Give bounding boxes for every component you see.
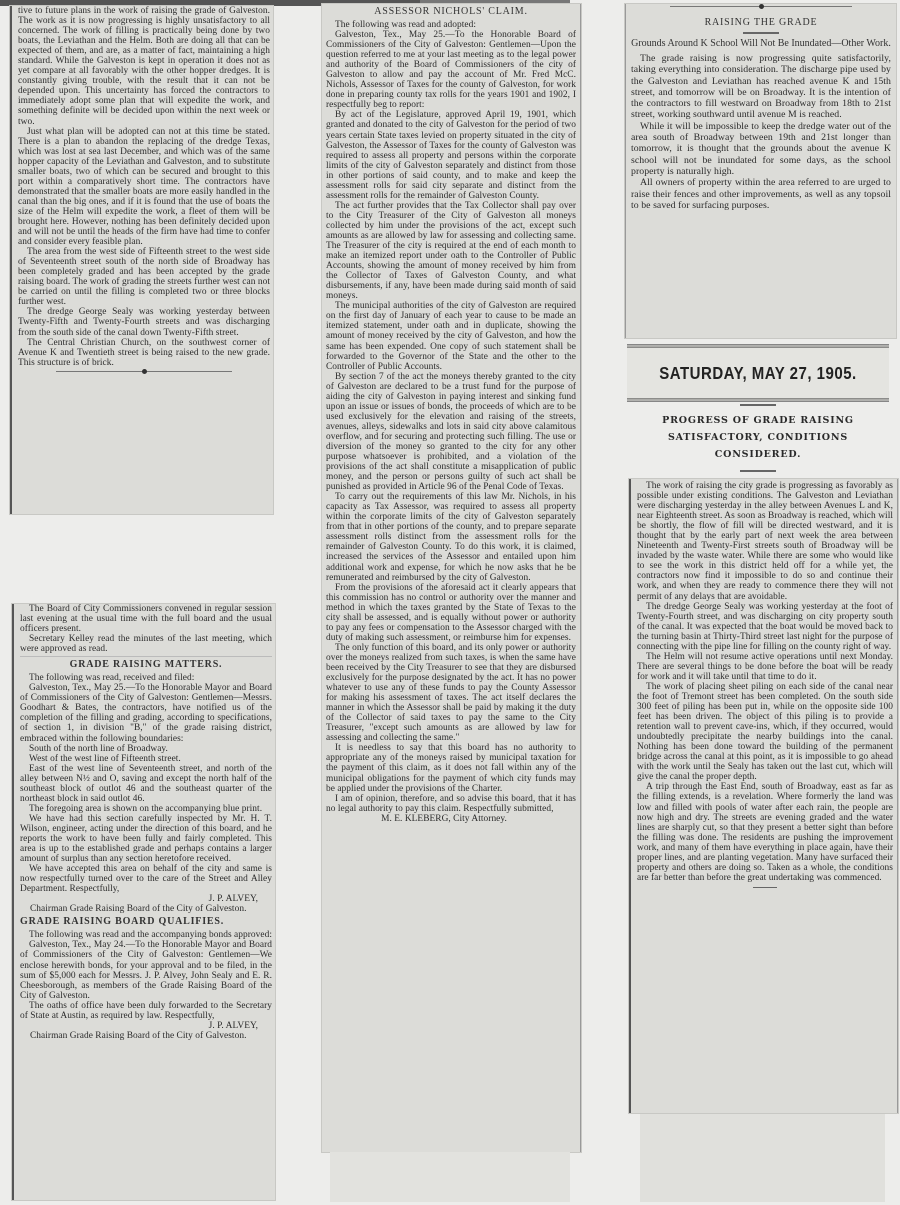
- paragraph: South of the north line of Broadway.: [20, 744, 272, 754]
- paragraph: The Board of City Commissioners convened…: [20, 604, 272, 634]
- section-body: The following was read and the accompany…: [20, 930, 272, 1020]
- paragraph: The area from the west side of Fifteenth…: [18, 247, 270, 307]
- signature: J. P. ALVEY,: [20, 1021, 272, 1031]
- paragraph: The grade raising is now progressing qui…: [631, 53, 891, 121]
- paragraph: The following was read, received and fil…: [20, 673, 272, 683]
- section-heading-board-qualifies: GRADE RAISING BOARD QUALIFIES.: [20, 916, 272, 927]
- clipping-right-top: RAISING THE GRADE Grounds Around K Schoo…: [625, 4, 896, 338]
- paragraph: The dredge George Sealy was working yest…: [18, 307, 270, 337]
- paragraph: The municipal authorities of the city of…: [326, 301, 576, 371]
- paragraph: The work of placing sheet piling on each…: [637, 682, 893, 782]
- signature: J. P. ALVEY,: [20, 894, 272, 904]
- divider-rule: [753, 887, 777, 888]
- signature: M. E. KLEBERG, City Attorney.: [326, 814, 576, 824]
- clipping-left-bottom: The Board of City Commissioners convened…: [12, 604, 275, 1200]
- paragraph: East of the west line of Seventeenth str…: [20, 764, 272, 804]
- paragraph: The dredge George Sealy was working yest…: [637, 602, 893, 652]
- paragraph: Galveston, Tex., May 25.—To the Honorabl…: [326, 30, 576, 110]
- article-headline: PROGRESS OF GRADE RAISING SATISFACTORY, …: [632, 412, 884, 463]
- intro-text: The Board of City Commissioners convened…: [20, 604, 272, 657]
- clipping-right-bottom: The work of raising the city grade is pr…: [629, 479, 898, 1113]
- blank-paper-area: [330, 1152, 570, 1202]
- paragraph: While it will be impossible to keep the …: [631, 121, 891, 177]
- paragraph: The work of raising the city grade is pr…: [637, 481, 893, 602]
- paragraph: Secretary Kelley read the minutes of the…: [20, 634, 272, 654]
- paragraph: The Helm will not resume active operatio…: [637, 652, 893, 682]
- paragraph: Just what plan will be adopted can not a…: [18, 127, 270, 248]
- article-body: The work of raising the city grade is pr…: [637, 481, 893, 883]
- paragraph: Galveston, Tex., May 24.—To the Honorabl…: [20, 940, 272, 1000]
- article-body: The grade raising is now progressing qui…: [631, 53, 891, 211]
- paragraph: It is needless to say that this board ha…: [326, 743, 576, 793]
- paragraph: The following was read and adopted:: [326, 20, 576, 30]
- dateline: SATURDAY, MAY 27, 1905.: [627, 344, 889, 402]
- article-heading: ASSESSOR NICHOLS' CLAIM.: [326, 6, 576, 17]
- article-heading: RAISING THE GRADE: [631, 17, 891, 28]
- paragraph: From the provisions of the aforesaid act…: [326, 583, 576, 643]
- paragraph: To carry out the requirements of this la…: [326, 492, 576, 582]
- paragraph: By act of the Legislature, approved Apri…: [326, 110, 576, 200]
- paragraph: All owners of property within the area r…: [631, 177, 891, 211]
- article-subheading: Grounds Around K School Will Not Be Inun…: [631, 38, 891, 49]
- paragraph: The following was read and the accompany…: [20, 930, 272, 940]
- divider-rule: [743, 32, 779, 34]
- paragraph: tive to future plans in the work of rais…: [18, 6, 270, 127]
- paragraph: The foregoing area is shown on the accom…: [20, 804, 272, 814]
- paragraph: I am of opinion, therefore, and so advis…: [326, 794, 576, 814]
- paragraph: Galveston, Tex., May 25.—To the Honorabl…: [20, 683, 272, 743]
- clipping-middle: ASSESSOR NICHOLS' CLAIM. The following w…: [322, 4, 581, 1152]
- article-body: tive to future plans in the work of rais…: [18, 6, 270, 368]
- paragraph: The oaths of office have been duly forwa…: [20, 1001, 272, 1021]
- section-body: The following was read, received and fil…: [20, 673, 272, 894]
- section-heading-grade-raising-matters: GRADE RAISING MATTERS.: [20, 659, 272, 670]
- clipping-left-top: tive to future plans in the work of rais…: [10, 6, 273, 514]
- paragraph: The act further provides that the Tax Co…: [326, 201, 576, 301]
- divider-rule: [670, 6, 852, 7]
- blank-paper-area: [640, 1114, 885, 1202]
- paragraph: A trip through the East End, south of Br…: [637, 782, 893, 882]
- paragraph: The Central Christian Church, on the sou…: [18, 338, 270, 368]
- signature-title: Chairman Grade Raising Board of the City…: [20, 904, 272, 914]
- divider-rule: [740, 470, 776, 472]
- article-body: The following was read and adopted:Galve…: [326, 20, 576, 814]
- divider-rule: [56, 371, 232, 372]
- paragraph: West of the west line of Fifteenth stree…: [20, 754, 272, 764]
- signature-title: Chairman Grade Raising Board of the City…: [20, 1031, 272, 1041]
- paragraph: We have accepted this area on behalf of …: [20, 864, 272, 894]
- divider-rule: [740, 404, 776, 406]
- paragraph: The only function of this board, and its…: [326, 643, 576, 743]
- paragraph: We have had this section carefully inspe…: [20, 814, 272, 864]
- paragraph: By section 7 of the act the moneys there…: [326, 372, 576, 493]
